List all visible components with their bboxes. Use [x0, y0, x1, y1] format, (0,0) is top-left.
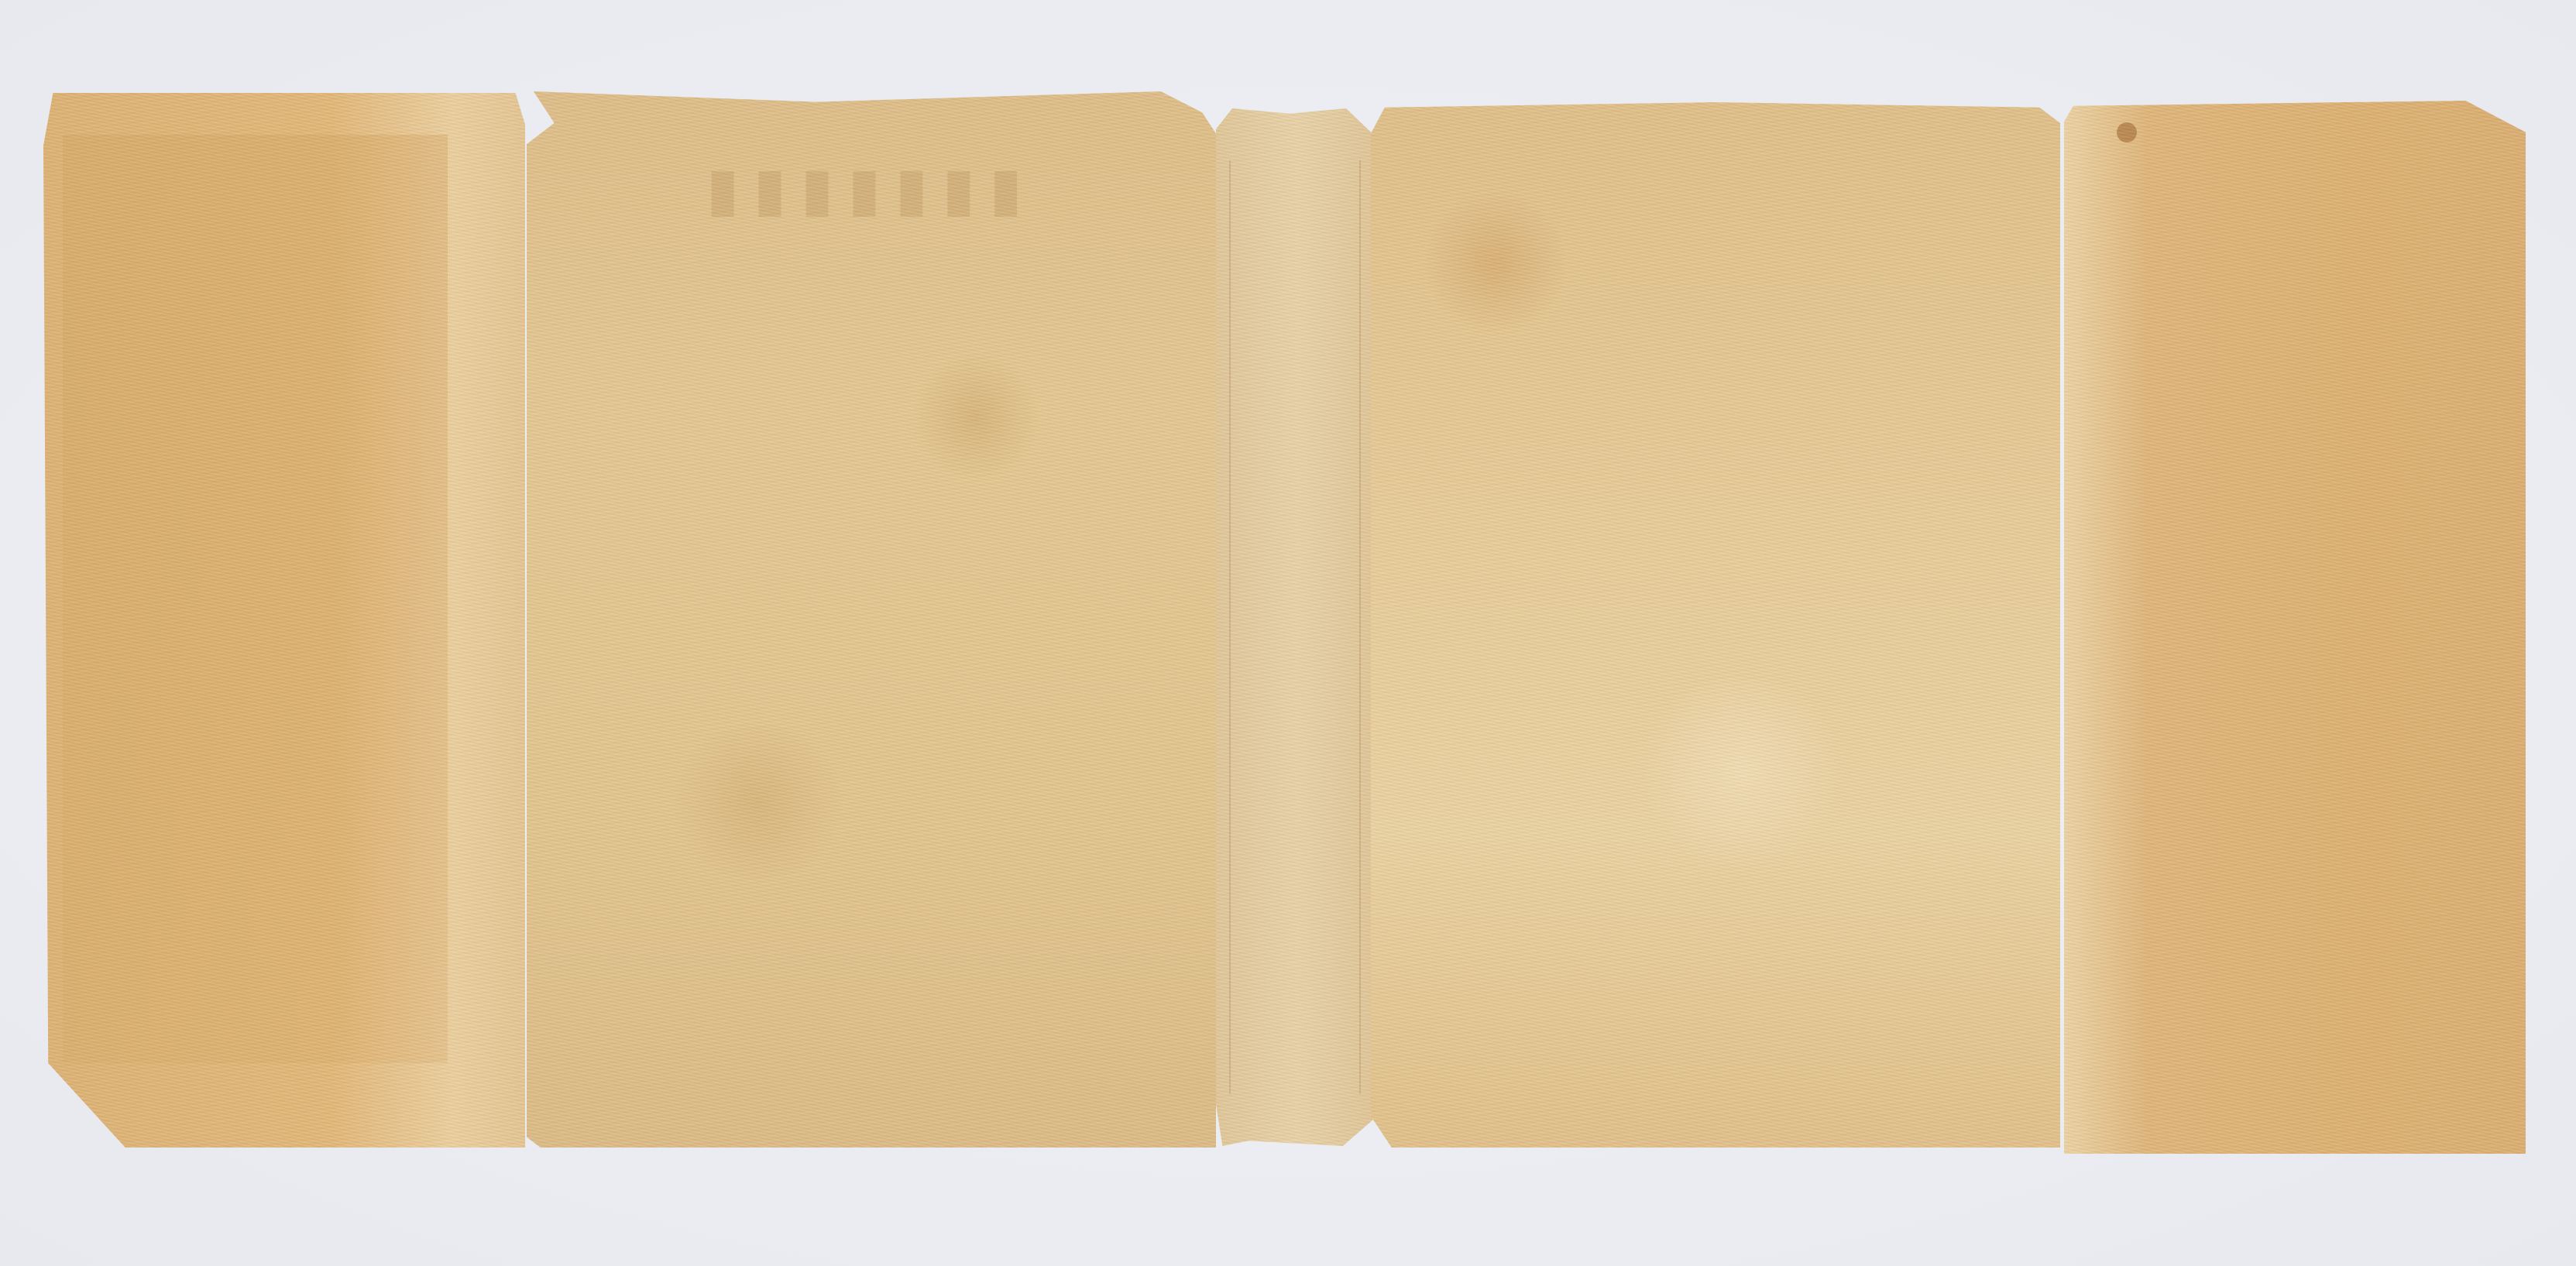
fold-crease	[1359, 160, 1361, 1094]
dust-jacket-back-panel: ▮▮▮▮▮▮▮ Back panel	[527, 91, 1216, 1148]
flap-discoloration	[63, 135, 448, 1063]
dust-jacket-left-flap: Left flap	[43, 93, 525, 1148]
fold-crease	[1229, 160, 1231, 1094]
water-damage-pucker	[1633, 678, 1850, 863]
dust-jacket-right-flap: Right flap	[2064, 101, 2526, 1154]
faded-title-remnant: ▮▮▮▮▮▮▮	[582, 155, 1161, 217]
foxing-stain	[906, 355, 1046, 479]
dust-jacket-front-panel: Front panel	[1371, 102, 2060, 1148]
foxing-stain	[665, 725, 850, 880]
stain-spot	[2117, 122, 2137, 142]
foxing-stain	[1426, 186, 1565, 341]
photo-background: Left flap ▮▮▮▮▮▮▮ Back panel Spine Front…	[0, 0, 2576, 1266]
dust-jacket-spine: Spine	[1216, 108, 1379, 1146]
